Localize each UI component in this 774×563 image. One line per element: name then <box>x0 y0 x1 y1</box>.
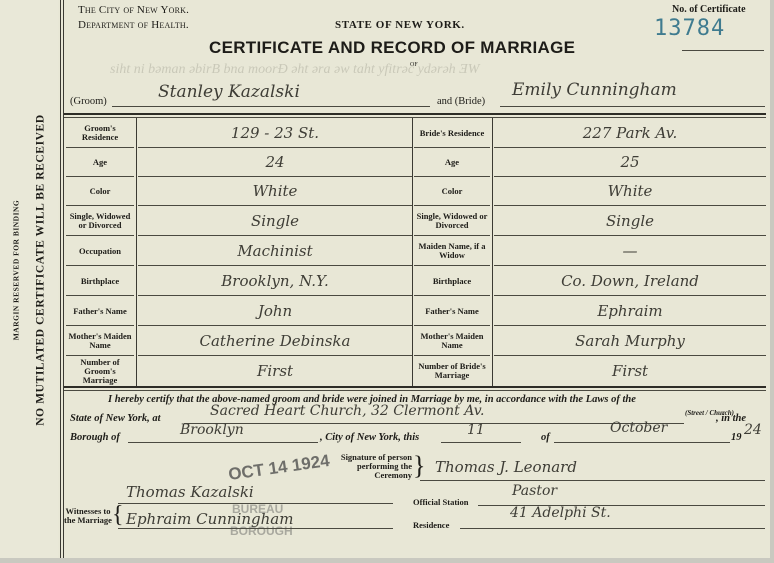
groom-field-value: 129 - 23 St. <box>140 124 410 142</box>
borough-value: Brooklyn <box>180 422 244 438</box>
row-divider <box>138 325 412 326</box>
bride-label: and (Bride) <box>437 96 485 107</box>
margin-notice: MARGIN RESERVED FOR BINDING NO MUTILATED… <box>12 114 47 425</box>
bride-field-label: Age <box>414 148 490 177</box>
borough-line <box>128 442 318 443</box>
bride-field-label: Color <box>414 177 490 206</box>
bride-name-line <box>500 106 765 107</box>
official-station-value: Pastor <box>512 483 557 499</box>
groom-field-label: Age <box>66 148 134 177</box>
row-divider <box>494 325 766 326</box>
column-line <box>492 118 493 386</box>
binding-note: MARGIN RESERVED FOR BINDING <box>12 114 21 425</box>
border-line <box>63 0 64 558</box>
row-divider <box>138 147 412 148</box>
residence-label: Residence <box>413 520 449 530</box>
table-bottom-rule <box>64 386 766 388</box>
groom-field-label: Mother's Maiden Name <box>66 326 134 356</box>
witness-2: Ephraim Cunningham <box>126 510 293 528</box>
divider <box>682 50 764 51</box>
row-divider <box>138 176 412 177</box>
groom-field-label: Single, Widowed or Divorced <box>66 206 134 236</box>
groom-field-label: Groom's Residence <box>66 118 134 148</box>
year-prefix: 19 <box>731 432 742 443</box>
groom-field-value: Single <box>140 212 410 230</box>
ceremony-month: October <box>610 420 667 436</box>
scan-edge <box>0 558 774 563</box>
bride-field-value: — <box>496 242 764 260</box>
bride-field-label: Bride's Residence <box>414 118 490 148</box>
ceremony-day: 11 <box>467 422 485 438</box>
groom-name: Stanley Kazalski <box>158 82 300 102</box>
row-divider <box>494 265 766 266</box>
groom-name-line <box>112 106 430 107</box>
bride-field-label: Maiden Name, if a Widow <box>414 236 490 266</box>
brace: } <box>413 452 425 480</box>
groom-field-value: First <box>140 362 410 380</box>
place-line <box>184 423 684 424</box>
in-the-label: , in the <box>716 413 746 424</box>
city-this-label: , City of New York, this <box>320 432 419 443</box>
column-line <box>136 118 137 386</box>
column-line <box>412 118 413 386</box>
bride-name: Emily Cunningham <box>512 80 677 100</box>
bride-field-value: White <box>496 182 764 200</box>
bride-field-value: 25 <box>496 153 764 171</box>
state-at-label: State of New York, at <box>70 413 161 424</box>
department-heading: Department of Health. <box>78 19 189 31</box>
mutilation-warning: NO MUTILATED CERTIFICATE WILL BE RECEIVE… <box>35 114 47 425</box>
row-divider <box>138 205 412 206</box>
year-suffix: 24 <box>744 422 762 438</box>
scan-edge <box>770 0 774 563</box>
row-divider <box>494 147 766 148</box>
table-top-rule <box>64 113 766 115</box>
groom-field-value: Catherine Debinska <box>140 332 410 350</box>
cert-number: 13784 <box>654 16 725 41</box>
groom-field-value: White <box>140 182 410 200</box>
border-line <box>60 0 61 558</box>
row-divider <box>138 355 412 356</box>
table-bottom-rule <box>64 390 766 391</box>
ceremony-place: Sacred Heart Church, 32 Clermont Av. <box>210 403 484 419</box>
signature-label: Signature of person performing the Cerem… <box>322 453 412 480</box>
of-label: of <box>541 432 550 443</box>
groom-field-label: Number of Groom's Marriage <box>66 356 134 386</box>
row-divider <box>494 205 766 206</box>
certificate-page: MARGIN RESERVED FOR BINDING NO MUTILATED… <box>0 0 770 558</box>
bride-field-label: Single, Widowed or Divorced <box>414 206 490 236</box>
witnesses-label: Witnesses to the Marriage <box>64 507 112 525</box>
borough-label: Borough of <box>70 432 120 443</box>
month-line <box>554 442 730 443</box>
groom-field-label: Color <box>66 177 134 206</box>
row-divider <box>494 355 766 356</box>
groom-label: (Groom) <box>70 96 107 107</box>
cert-number-label: No. of Certificate <box>672 4 746 15</box>
official-station-label: Official Station <box>413 497 468 507</box>
bride-field-label: Number of Bride's Marriage <box>414 356 490 386</box>
row-divider <box>138 295 412 296</box>
bride-field-value: First <box>496 362 764 380</box>
officiant-residence: 41 Adelphi St. <box>510 505 611 521</box>
bride-field-label: Father's Name <box>414 296 490 326</box>
witness-1: Thomas Kazalski <box>126 483 254 501</box>
row-divider <box>494 235 766 236</box>
bride-field-value: Co. Down, Ireland <box>496 272 764 290</box>
signature-line <box>420 480 765 481</box>
brace: { <box>112 502 124 528</box>
groom-field-label: Father's Name <box>66 296 134 326</box>
date-stamp: OCT 14 1924 <box>227 451 331 485</box>
bride-field-label: Birthplace <box>414 266 490 296</box>
groom-field-label: Occupation <box>66 236 134 266</box>
groom-field-value: Brooklyn, N.Y. <box>140 272 410 290</box>
row-divider <box>494 295 766 296</box>
groom-field-value: 24 <box>140 153 410 171</box>
groom-field-label: Birthplace <box>66 266 134 296</box>
bleed-through-text: siht ni bəman əbirB bna moorƉ əht əra əw… <box>110 62 479 78</box>
groom-field-value: John <box>140 302 410 320</box>
groom-field-value: Machinist <box>140 242 410 260</box>
bride-field-value: 227 Park Av. <box>496 124 764 142</box>
row-divider <box>138 265 412 266</box>
row-divider <box>138 235 412 236</box>
day-line <box>441 442 521 443</box>
state-heading: STATE OF NEW YORK. <box>335 19 465 31</box>
residence-line <box>460 528 765 529</box>
street-church-note: (Street / Church) <box>685 409 717 417</box>
witness-line <box>118 503 393 504</box>
city-heading: The City of New York. <box>78 4 189 16</box>
row-divider <box>494 176 766 177</box>
bride-field-value: Ephraim <box>496 302 764 320</box>
certificate-title: CERTIFICATE AND RECORD OF MARRIAGE <box>209 38 575 58</box>
officiant-signature: Thomas J. Leonard <box>435 458 577 476</box>
bride-field-value: Sarah Murphy <box>496 332 764 350</box>
bride-field-label: Mother's Maiden Name <box>414 326 490 356</box>
witness-line <box>118 528 393 529</box>
bride-field-value: Single <box>496 212 764 230</box>
